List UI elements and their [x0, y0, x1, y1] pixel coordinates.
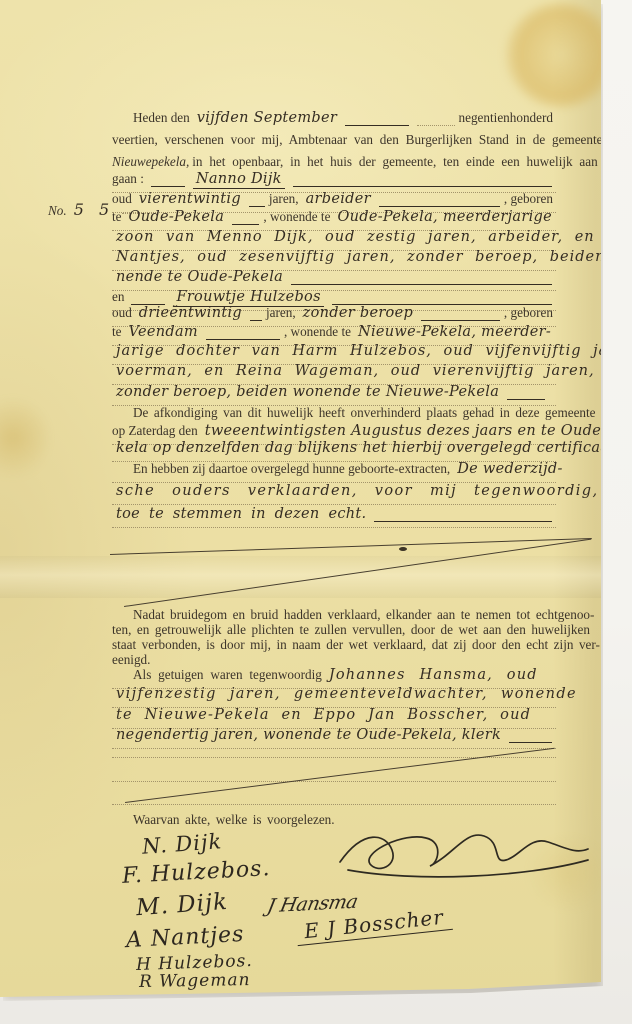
dotted-leader [417, 125, 454, 126]
printed-text: , geboren [504, 191, 553, 207]
printed-text: veertien, verschenen voor mij, Ambtenaar… [112, 132, 603, 148]
handwritten-text: voerman, en Reina Wageman, oud vierenvij… [116, 363, 595, 379]
printed-text: jaren, [266, 305, 296, 321]
fill-stroke [291, 284, 552, 285]
stain-left-margin [0, 398, 48, 478]
fill-stroke [345, 125, 409, 126]
handwritten-text: jarige dochter van Harm Hulzebos, oud vi… [116, 343, 632, 359]
line-groom-birthplace: te Oude-Pekela , wonende te Oude-Pekela,… [112, 209, 556, 231]
handwritten-text: tweeentwintigsten Augustus dezes jaars e… [205, 423, 630, 439]
printed-text: gaan : [112, 171, 144, 187]
printed-text: Waarvan akte, welke is voorgelezen. [133, 812, 335, 828]
blank-dotted-rule [112, 804, 556, 805]
printed-text: , wonende te [284, 324, 351, 340]
line-witnesses-4: negendertig jaren, wonende te Oude-Pekel… [112, 727, 556, 749]
registrar-flourish-signature [332, 824, 594, 878]
fold-crease [0, 556, 601, 598]
handwritten-text: vijfenzestig jaren, gemeenteveldwachter,… [116, 686, 577, 702]
printed-text: op Zaterdag den [112, 423, 198, 439]
ink-blot [399, 547, 407, 551]
handwritten-text: kela op denzelfden dag blijkens het hier… [116, 440, 620, 456]
handwritten-text: nende te Oude-Pekela [116, 269, 283, 285]
line-witnesses-2: vijfenzestig jaren, gemeenteveldwachter,… [112, 686, 556, 708]
handwritten-date: vijfden September [197, 110, 337, 126]
handwritten-text: sche ouders verklaarden, voor mij tegenw… [116, 483, 598, 499]
line-consent-2: toe te stemmen in dezen echt. [112, 506, 556, 528]
handwritten-residence: Nieuwe-Pekela, meerder- [358, 324, 551, 340]
line-witnesses-3: te Nieuwe-Pekela en Eppo Jan Bosscher, o… [112, 707, 556, 729]
fill-stroke [293, 186, 552, 187]
fill-stroke [421, 320, 500, 321]
printed-text: Heden den [133, 110, 190, 126]
printed-text: te [112, 209, 122, 225]
fill-stroke [249, 206, 265, 207]
act-number-value: 5 5 [74, 200, 114, 219]
printed-text: Nadat bruidegom en bruid hadden verklaar… [133, 607, 594, 623]
handwritten-groom-name: Nanno Dijk [193, 171, 285, 189]
line-announcement-3: kela op denzelfden dag blijkens het hier… [112, 440, 556, 462]
handwritten-text: Johannes Hansma, oud [329, 667, 538, 683]
fill-stroke [507, 399, 545, 400]
line-groom-parents-3: nende te Oude-Pekela [112, 269, 556, 291]
printed-text: , wonende te [263, 209, 330, 225]
printed-text: jaren, [269, 191, 299, 207]
handwritten-occupation: zonder beroep [303, 305, 413, 321]
printed-text: De afkondiging van dit huwelijk heeft on… [133, 405, 596, 421]
printed-text: ten, en getrouwelijk alle plichten te zu… [112, 622, 590, 638]
printed-text: en [112, 289, 124, 305]
handwritten-text: zonder beroep, beiden wonende te Nieuwe-… [116, 384, 499, 400]
line-bride-parents-3: zonder beroep, beiden wonende te Nieuwe-… [112, 384, 556, 406]
fill-stroke [379, 206, 500, 207]
signature-bride: F. Hulzebos. [121, 856, 271, 889]
fill-stroke [509, 742, 552, 743]
line-bride-parents-1: jarige dochter van Harm Hulzebos, oud vi… [112, 343, 556, 365]
fill-stroke [250, 320, 262, 321]
line-bride-parents-2: voerman, en Reina Wageman, oud vierenvij… [112, 363, 556, 385]
blank-dotted-rule [112, 757, 556, 758]
line-extracts: En hebben zij daartoe overgelegd hunne g… [112, 461, 556, 483]
line-vow-4: eenigd. [112, 652, 556, 667]
fill-stroke [151, 186, 185, 187]
seal-stain-top-right [505, 2, 617, 108]
printed-text: , geboren [504, 305, 553, 321]
blank-dotted-rule [112, 781, 556, 782]
printed-text: negentienhonderd [459, 110, 553, 126]
handwritten-birthplace: Oude-Pekela [129, 209, 225, 225]
strike-line [110, 538, 592, 555]
line-date: Heden den vijfden September negentienhon… [112, 110, 556, 131]
printed-text: oud [112, 191, 132, 207]
line-groom-parents-2: Nantjes, oud zesenvijftig jaren, zonder … [112, 249, 556, 271]
municipality-name: Nieuwepekela, [112, 154, 189, 170]
line-vow-3: staat verbonden, is door mij, in naam de… [112, 637, 556, 652]
printed-text: eenigd. [112, 652, 150, 668]
handwritten-text: Nantjes, oud zesenvijftig jaren, zonder … [116, 249, 632, 265]
line-groom-parents-1: zoon van Menno Dijk, oud zestig jaren, a… [112, 229, 556, 251]
scanned-document: No. 5 5 Heden den vijfden September nege… [0, 0, 632, 1024]
handwritten-birthplace: Veendam [129, 324, 198, 340]
line-consent-1: sche ouders verklaarden, voor mij tegenw… [112, 483, 556, 505]
handwritten-text: toe te stemmen in dezen echt. [116, 506, 366, 522]
line-groom-name: gaan : Nanno Dijk [112, 171, 556, 193]
handwritten-text: zoon van Menno Dijk, oud zestig jaren, a… [116, 229, 632, 245]
handwritten-text: De wederzijd- [457, 461, 562, 477]
line-vow-1: Nadat bruidegom en bruid hadden verklaar… [112, 607, 556, 622]
signature-wageman: R Wageman [139, 970, 251, 992]
printed-text: in het openbaar, in het huis der gemeent… [192, 154, 614, 170]
line-intro-2: veertien, verschenen voor mij, Ambtenaar… [112, 132, 556, 153]
signature-groom: N. Dijk [141, 829, 223, 859]
signature-nantjes: A Nantjes [125, 922, 245, 953]
handwritten-residence: Oude-Pekela, meerderjarige [337, 209, 552, 225]
fill-stroke [374, 521, 552, 522]
paper-sheet: No. 5 5 Heden den vijfden September nege… [0, 0, 601, 998]
act-number-label: No. [48, 203, 67, 219]
signature-hansma: J Hansma [265, 891, 359, 918]
signature-witness-parent: M. Dijk [135, 889, 229, 921]
printed-text: te [112, 324, 122, 340]
fill-stroke [232, 224, 259, 225]
handwritten-occupation: arbeider [306, 191, 371, 207]
handwritten-age: drieëntwintig [139, 305, 242, 321]
handwritten-text: negendertig jaren, wonende te Oude-Pekel… [116, 727, 501, 743]
line-vow-2: ten, en getrouwelijk alle plichten te zu… [112, 622, 556, 637]
printed-text: oud [112, 305, 132, 321]
fill-stroke [206, 339, 280, 340]
handwritten-text: te Nieuwe-Pekela en Eppo Jan Bosscher, o… [116, 707, 531, 723]
printed-text: staat verbonden, is door mij, in naam de… [112, 637, 600, 653]
printed-text: Als getuigen waren tegenwoordig [133, 667, 322, 683]
handwritten-age: vierentwintig [139, 191, 241, 207]
printed-text: En hebben zij daartoe overgelegd hunne g… [133, 461, 450, 477]
